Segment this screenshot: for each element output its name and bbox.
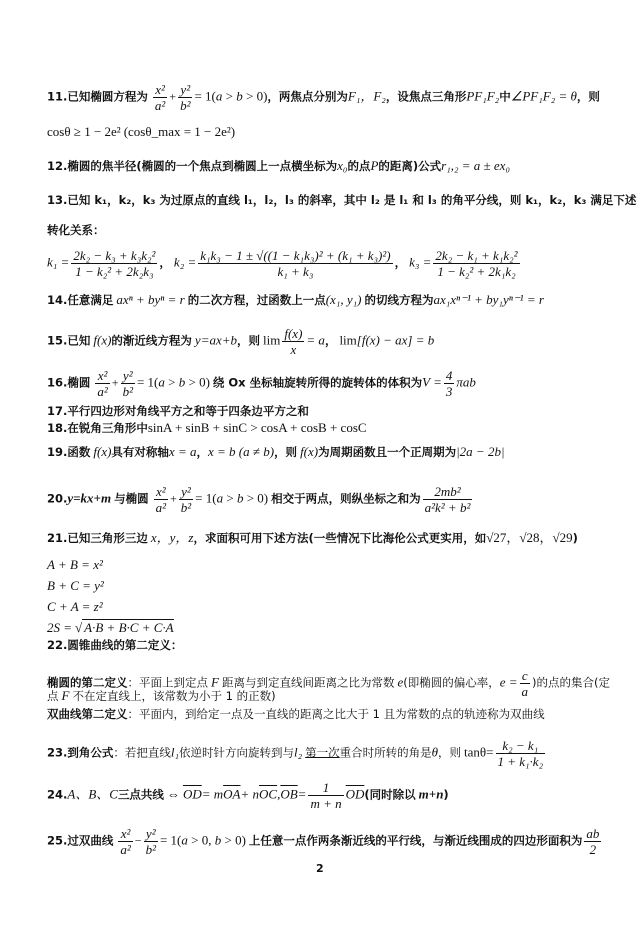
fraction: y²b² [179,484,193,515]
math-part: = m [202,786,223,801]
math-lim: lim [263,332,280,347]
underlined-text: 第一次 [305,745,340,759]
item-number: 14. [47,293,67,307]
item-18: 18.在锐角三角形中sinA + sinB + sinC > cosA + co… [47,420,367,436]
fraction: x²a² [153,82,167,113]
item-17: 17.平行四边形对角线平方之和等于四条边平方之和 [47,403,309,419]
vector-oa: OA [223,786,240,801]
item-20: 20.y=kx+m 与椭圆 x²a²+y²b²= 1(a > b > 0) 相交… [47,484,474,515]
item-13-formulas: k₁ =2k₂ − k₃ + k₃k₂²1 − k₂² + 2k₂k₃， k₂ … [47,248,522,279]
item-number: 15. [47,333,67,347]
item-number: 22. [47,638,67,652]
item-text: 已知椭圆方程为 [67,89,148,103]
fraction: x²a² [95,368,109,399]
item-13-line2: 转化关系： [47,222,105,238]
fraction: y²b² [178,82,192,113]
math-lhs: k₁ = [47,254,69,269]
math-formula: r₁,₂ = a ± ex₀ [441,158,510,173]
item-11-line2: cosθ ≥ 1 − 2e² (cosθ_max = 1 − 2e²) [47,124,235,140]
item-text: 任意满足 [67,293,113,307]
item-number: 24. [47,787,67,801]
item-text: (即椭圆的偏心率， [403,675,500,689]
item-22-hyperbola: 双曲线第二定义：平面内，到给定一点及一直线的距离之比大于 1 且为常数的点的轨迹… [47,706,545,722]
separator: ， [196,445,208,459]
item-text: ，则 [438,745,461,759]
math-F: F [211,674,219,689]
item-15: 15.已知 f(x)的渐近线方程为 y=ax+b，则 limf(x)x= a， … [47,326,434,357]
fraction: x²a² [118,826,132,857]
item-text: ，两焦点分别为 [267,89,348,103]
item-text: 的距离)公式 [378,159,441,173]
math-lhs: 2S = [47,620,72,635]
math-angle: ∠PF₁F₂ = θ [511,88,577,103]
math-F: F [62,688,70,703]
item-text: ) [573,531,578,545]
item-number: 18. [47,421,67,435]
math-foci: F₁，F₂ [348,88,386,103]
fraction: 43 [444,368,455,399]
math-part: = [298,786,307,801]
item-text: 椭圆的焦半径(椭圆的一个焦点到椭圆上一点横坐标为 [67,159,337,173]
math-part: + n [240,786,259,801]
math-tan: tanθ= [464,744,493,759]
math-axis: x = a [169,444,197,459]
fraction: ca [520,668,531,699]
fraction: 2mb²a²k² + b² [423,484,473,515]
item-16: 16.椭圆 x²a²+y²b²= 1(a > b > 0) 绕 Ox 坐标轴旋转… [47,368,476,399]
fraction: x²a² [154,484,168,515]
math-axis: x = b (a ≠ b) [208,444,274,459]
math-equation: [f(x) − ax] = b [357,332,434,347]
item-21-eq2: B + C = y² [47,578,104,594]
math-point: (x₁, y₁) [326,292,362,307]
math-equation: B + C = y² [47,578,104,593]
item-number: 16. [47,375,67,389]
item-21-eq3: C + A = z² [47,599,103,615]
item-11: 11.已知椭圆方程为 x²a²+y²b²= 1(a > b > 0)，两焦点分别… [47,82,600,113]
item-number: 12. [47,159,67,173]
math-mn: m+n [419,786,444,801]
item-text: 不在定直线上，该常数为小于 1 的正数) [72,689,275,703]
item-21-eq1: A + B = x² [47,557,103,573]
item-text: ，求面积可用下述方法(一些情况下比海伦公式更实用，如 [193,531,486,545]
item-19: 19.函数 f(x)具有对称轴x = a，x = b (a ≠ b)，则 f(x… [47,444,505,460]
item-text: 点 [47,689,59,703]
fraction-k1: 2k₂ − k₃ + k₃k₂²1 − k₂² + 2k₂k₃ [71,248,157,279]
item-text: 平行四边形对角线平方之和等于四条边平方之和 [67,404,309,418]
vector-oc: OC [259,786,277,801]
fraction: y²b² [144,826,158,857]
math-fx: f(x) [93,332,111,347]
vector-od: OD [346,786,365,801]
item-text: ，则 [237,333,260,347]
math-examples: √27，√28，√29 [486,530,572,545]
item-number: 25. [47,833,67,847]
item-text: 相交于两点，则纵坐标之和为 [271,491,421,505]
page-number: 2 [316,862,324,875]
item-title: 圆锥曲线的第二定义： [67,638,182,652]
item-25: 25.过双曲线 x²a²−y²b²= 1(a > 0, b > 0) 上任意一点… [47,826,603,857]
item-text: 的切线方程为 [364,293,433,307]
item-text: 转化关系： [47,223,105,237]
item-text: 的点 [347,159,370,173]
item-text: 的二次方程，过函数上一点 [188,293,326,307]
math-fx: f(x) [93,444,111,459]
math-inequality: sinA + sinB + sinC > cosA + cosB + cosC [148,420,367,435]
math-radicand: A·B + B·C + C·A [82,619,173,635]
item-text: 为周期函数且一个正周期为 [318,445,456,459]
item-text: (同时除以 [364,787,415,801]
math-v: V = [422,374,442,389]
item-text: ，则 [274,445,297,459]
math-equation: A + B = x² [47,557,103,572]
separator: ， [325,333,337,347]
math-l1: l₁ [171,744,179,759]
math-fx: f(x) [300,444,318,459]
item-number: 17. [47,404,67,418]
item-text: 函数 [67,445,90,459]
math-tail: = a [306,332,325,347]
item-12: 12.椭圆的焦半径(椭圆的一个焦点到椭圆上一点横坐标为x₀的点P的距离)公式r₁… [47,158,510,174]
fraction: k₂ − k₁1 + k₁·k₂ [496,738,546,769]
item-14: 14.任意满足 axⁿ + byⁿ = r 的二次方程，过函数上一点(x₁, y… [47,292,544,308]
item-24: 24.A、B、C三点共线 ⇔ OD= mOA+ nOC,OB=1m + nOD(… [47,780,449,811]
math-lim: lim [339,332,356,347]
fraction: ab2 [584,826,601,857]
math-equation: axⁿ + byⁿ = r [116,292,184,307]
item-text: 已知 k₁，k₂，k₃ 为过原点的直线 l₁，l₂，l₃ 的斜率，其中 l₂ 是… [67,193,636,207]
item-21-area: 2S = √A·B + B·C + C·A [47,620,174,636]
math-tangent: ax₁xⁿ⁻¹ + by₁yⁿ⁻¹ = r [433,292,543,307]
item-22: 22.圆锥曲线的第二定义： [47,637,182,653]
math-sides: x，y，z [151,530,194,545]
item-22-ellipse-line2: 点 F 不在定直线上，该常数为小于 1 的正数) [47,688,276,704]
item-text: ：平面内，到给定一点及一直线的距离之比大于 1 且为常数的点的轨迹称为双曲线 [128,707,545,721]
item-text: 三点共线 [118,787,164,801]
math-line: y=kx+m [67,490,111,505]
item-number: 21. [47,531,67,545]
item-text: 椭圆 [67,375,90,389]
item-label: 到角公式 [67,745,113,759]
item-text: )的点的集合(定 [532,675,610,689]
fraction: f(x)x [282,326,304,357]
item-text: 具有对称轴 [111,445,169,459]
math-equation: C + A = z² [47,599,103,614]
math-max: (cosθ_max = 1 − 2e²) [124,124,235,139]
math-period: |2a − 2b| [456,444,504,459]
item-text: ：若把直线 [113,745,171,759]
item-text: 已知三角形三边 [67,531,148,545]
item-text: 过双曲线 [67,833,113,847]
math-lhs: k₃ = [409,254,431,269]
item-text: 中 [499,89,511,103]
item-text: ，设焦点三角形 [386,89,467,103]
math-x0: x₀ [337,158,347,173]
item-text: 绕 Ox 坐标轴旋转所得的旋转体的体积为 [213,375,422,389]
vector-ob: OB [280,786,297,801]
item-text: 的渐近线方程为 [111,333,192,347]
iff-symbol: ⇔ [167,786,180,801]
math-l2: l₂ [294,744,302,759]
math-asymptote: y=ax+b [195,332,237,347]
item-text: 上任意一点作两条渐近线的平行线，与渐近线围成的四边形面积为 [249,833,583,847]
definition-label: 双曲线第二定义 [47,707,128,721]
fraction: 1m + n [308,780,343,811]
item-number: 11. [47,89,67,103]
fraction-k3: 2k₂ − k₁ + k₁k₂²1 − k₂² + 2k₁k₂ [433,248,519,279]
math-tail: πab [456,374,476,389]
math-points: A、B、C [67,786,118,801]
item-13: 13.已知 k₁，k₂，k₃ 为过原点的直线 l₁，l₂，l₃ 的斜率，其中 l… [47,192,636,208]
item-text: 已知 [67,333,90,347]
item-number: 23. [47,745,67,759]
math-e-eq: e = [500,674,518,689]
document-page: 11.已知椭圆方程为 x²a²+y²b²= 1(a > b > 0)，两焦点分别… [0,0,642,945]
item-text: 与椭圆 [114,491,149,505]
math-inequality: cosθ ≥ 1 − 2e² [47,124,121,139]
item-text: ) [443,787,448,801]
item-text: 在锐角三角形中 [67,421,148,435]
math-lhs: k₂ = [174,254,196,269]
fraction: y²b² [121,368,135,399]
item-text: 重合时所转的角是 [340,745,432,759]
item-text: ，则 [577,89,600,103]
math-triangle: PF₁F₂ [466,88,499,103]
fraction-k2: k₁k₃ − 1 ± √((1 − k₁k₃)² + (k₁ + k₃)²)k₁… [198,248,392,279]
item-number: 13. [47,193,67,207]
item-text: 依逆时针方向旋转到与 [179,745,294,759]
vector-od: OD [183,786,202,801]
item-number: 19. [47,445,67,459]
item-21: 21.已知三角形三边 x，y，z，求面积可用下述方法(一些情况下比海伦公式更实用… [47,530,578,546]
item-number: 20. [47,491,67,505]
item-23: 23.到角公式：若把直线l₁依逆时针方向旋转到与l₂ 第一次重合时所转的角是θ，… [47,738,547,769]
